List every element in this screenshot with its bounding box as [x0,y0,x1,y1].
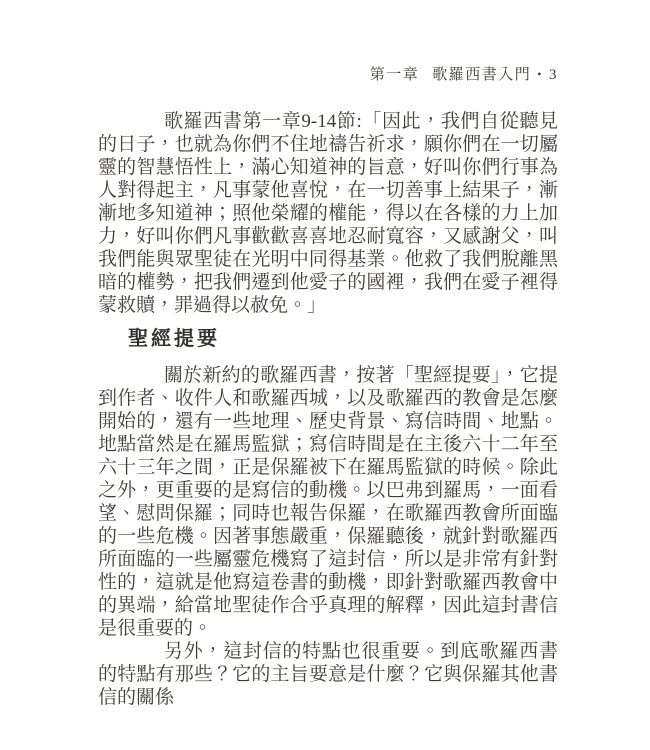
page-number: 3 [549,67,558,83]
separator-dot: • [537,67,543,82]
running-header: 第一章歌羅西書入門•3 [98,63,558,84]
text-block: 歌羅西書第一章9-14節:「因此，我們自從聽見的日子，也就為你們不住地禱告祈求，… [98,110,558,709]
section-title: 歌羅西書入門 [432,67,531,83]
body-paragraph: 另外，這封信的特點也很重要。到底歌羅西書的特點有那些？它的主旨要意是什麼？它與保… [98,640,558,709]
chapter-label: 第一章 [370,67,420,83]
body-paragraph: 關於新約的歌羅西書，按著「聖經提要」，它提到作者、收件人和歌羅西城，以及歌羅西的… [98,364,558,640]
scripture-quote-paragraph: 歌羅西書第一章9-14節:「因此，我們自從聽見的日子，也就為你們不住地禱告祈求，… [98,110,558,317]
book-page: 第一章歌羅西書入門•3 歌羅西書第一章9-14節:「因此，我們自從聽見的日子，也… [0,0,650,750]
section-heading: 聖經提要 [128,327,558,351]
